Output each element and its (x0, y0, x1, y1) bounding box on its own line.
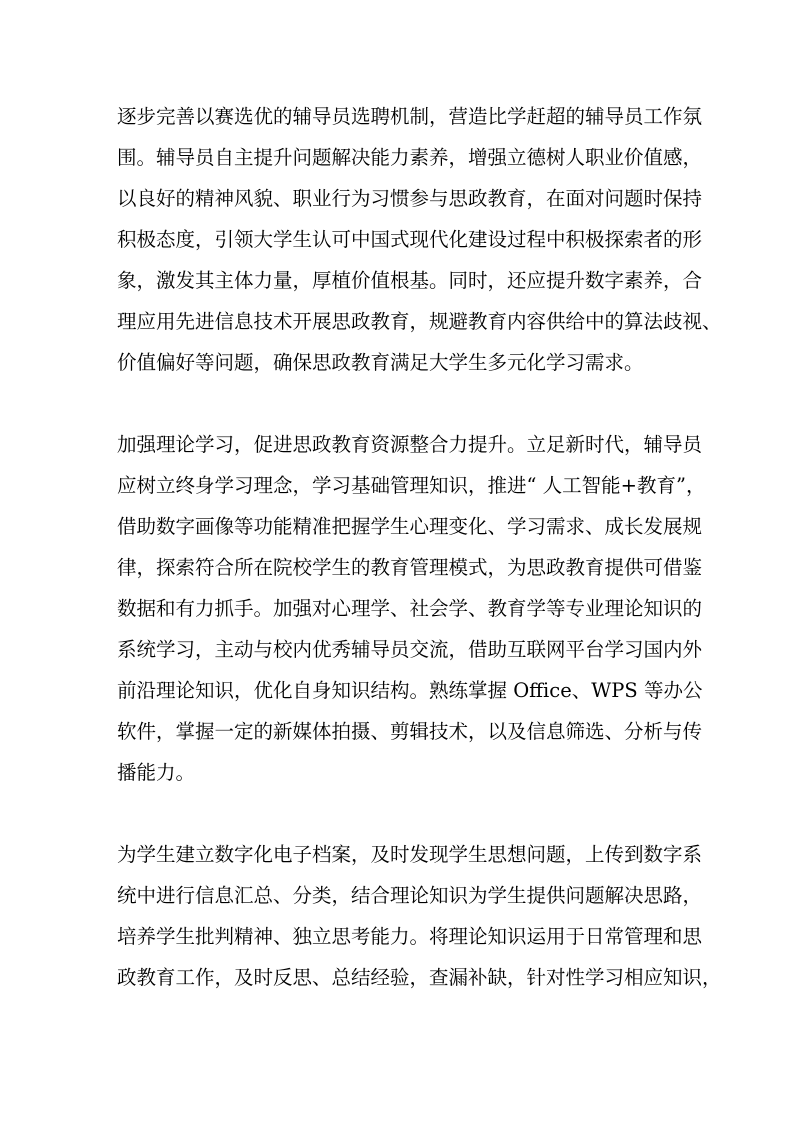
text-line: 积极态度，引领大学生认可中国式现代化建设过程中积极探索者的形 (117, 219, 673, 260)
text-line: 律，探索符合所在院校学生的教育管理模式，为思政教育提供可借鉴 (117, 547, 673, 588)
text-line: 加强理论学习，促进思政教育资源整合力提升。立足新时代，辅导员 (117, 424, 673, 465)
text-line: 借助数字画像等功能精准把握学生心理变化、学习需求、成长发展规 (117, 506, 673, 547)
text-line: 象，激发其主体力量，厚植价值根基。同时，还应提升数字素养，合 (117, 260, 673, 301)
text-line: 应树立终身学习理念，学习基础管理知识，推进“ 人工智能+教育”， (117, 465, 673, 506)
text-line: 软件，掌握一定的新媒体拍摄、剪辑技术，以及信息筛选、分析与传 (117, 711, 673, 752)
text-line: 逐步完善以赛选优的辅导员选聘机制，营造比学赶超的辅导员工作氛 (117, 96, 673, 137)
text-line: 以良好的精神风貌、职业行为习惯参与思政教育，在面对问题时保持 (117, 178, 673, 219)
paragraph-theory-learning: 加强理论学习，促进思政教育资源整合力提升。立足新时代，辅导员 应树立终身学习理念… (117, 424, 673, 793)
text-line: 价值偏好等问题，确保思政教育满足大学生多元化学习需求。 (117, 342, 673, 383)
document-page: 逐步完善以赛选优的辅导员选聘机制，营造比学赶超的辅导员工作氛 围。辅导员自主提升… (117, 96, 673, 1039)
text-line: 理应用先进信息技术开展思政教育，规避教育内容供给中的算法歧视、 (117, 301, 673, 342)
text-line: 为学生建立数字化电子档案，及时发现学生思想问题，上传到数字系 (117, 834, 673, 875)
text-line: 系统学习，主动与校内优秀辅导员交流，借助互联网平台学习国内外 (117, 629, 673, 670)
paragraph-digital-archives: 为学生建立数字化电子档案，及时发现学生思想问题，上传到数字系 统中进行信息汇总、… (117, 834, 673, 998)
paragraph-counselor-recruitment: 逐步完善以赛选优的辅导员选聘机制，营造比学赶超的辅导员工作氛 围。辅导员自主提升… (117, 96, 673, 383)
text-line: 围。辅导员自主提升问题解决能力素养，增强立德树人职业价值感， (117, 137, 673, 178)
text-line: 播能力。 (117, 752, 673, 793)
text-line: 数据和有力抓手。加强对心理学、社会学、教育学等专业理论知识的 (117, 588, 673, 629)
text-line: 培养学生批判精神、独立思考能力。将理论知识运用于日常管理和思 (117, 916, 673, 957)
text-line: 统中进行信息汇总、分类，结合理论知识为学生提供问题解决思路， (117, 875, 673, 916)
text-line: 政教育工作，及时反思、总结经验，查漏补缺，针对性学习相应知识， (117, 957, 673, 998)
text-line: 前沿理论知识，优化自身知识结构。熟练掌握 Office、WPS 等办公 (117, 670, 673, 711)
